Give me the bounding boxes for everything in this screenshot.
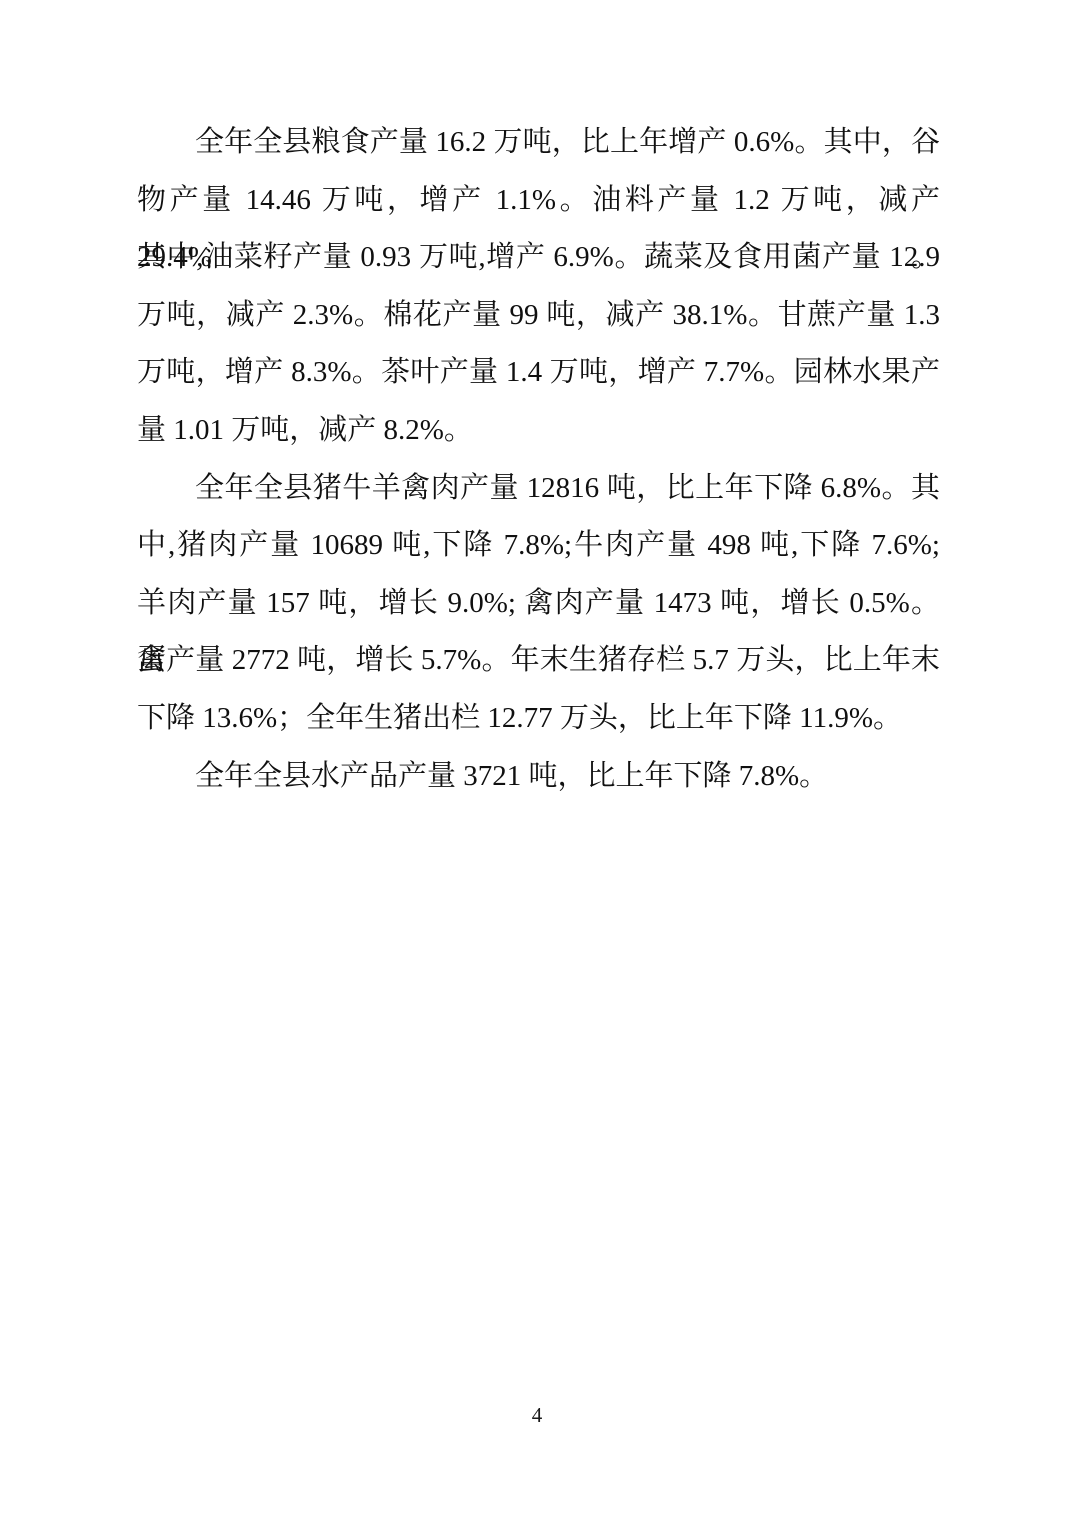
document-page: 全年全县粮食产量 16.2 万吨，比上年增产 0.6%。其中，谷 物产量 14.…: [0, 0, 1074, 1520]
document-body: 全年全县粮食产量 16.2 万吨，比上年增产 0.6%。其中，谷 物产量 14.…: [137, 114, 940, 805]
paragraph-2-line-4: 蛋产量 2772 吨，增长 5.7%。年末生猪存栏 5.7 万头，比上年末: [137, 632, 940, 690]
paragraph-1-line-1: 全年全县粮食产量 16.2 万吨，比上年增产 0.6%。其中，谷: [137, 114, 940, 172]
paragraph-2-line-3: 羊肉产量 157 吨，增长 9.0%; 禽肉产量 1473 吨，增长 0.5%。…: [137, 575, 940, 633]
paragraph-2-line-5: 下降 13.6%；全年生猪出栏 12.77 万头，比上年下降 11.9%。: [137, 690, 940, 748]
paragraph-2-line-1: 全年全县猪牛羊禽肉产量 12816 吨，比上年下降 6.8%。其: [137, 460, 940, 518]
paragraph-1-line-2: 物产量 14.46 万吨，增产 1.1%。油料产量 1.2 万吨，减产 29.4…: [137, 172, 940, 230]
page-number: 4: [0, 1400, 1074, 1430]
paragraph-1-line-4: 万吨，减产 2.3%。棉花产量 99 吨，减产 38.1%。甘蔗产量 1.3: [137, 287, 940, 345]
paragraph-2-line-2: 中,猪肉产量 10689 吨,下降 7.8%;牛肉产量 498 吨,下降 7.6…: [137, 517, 940, 575]
paragraph-1-line-5: 万吨，增产 8.3%。茶叶产量 1.4 万吨，增产 7.7%。园林水果产: [137, 344, 940, 402]
paragraph-3-line-1: 全年全县水产品产量 3721 吨，比上年下降 7.8%。: [137, 748, 940, 806]
paragraph-1-line-3: 其中,油菜籽产量 0.93 万吨,增产 6.9%。蔬菜及食用菌产量 12.9: [137, 229, 940, 287]
paragraph-1-line-6: 量 1.01 万吨，减产 8.2%。: [137, 402, 940, 460]
